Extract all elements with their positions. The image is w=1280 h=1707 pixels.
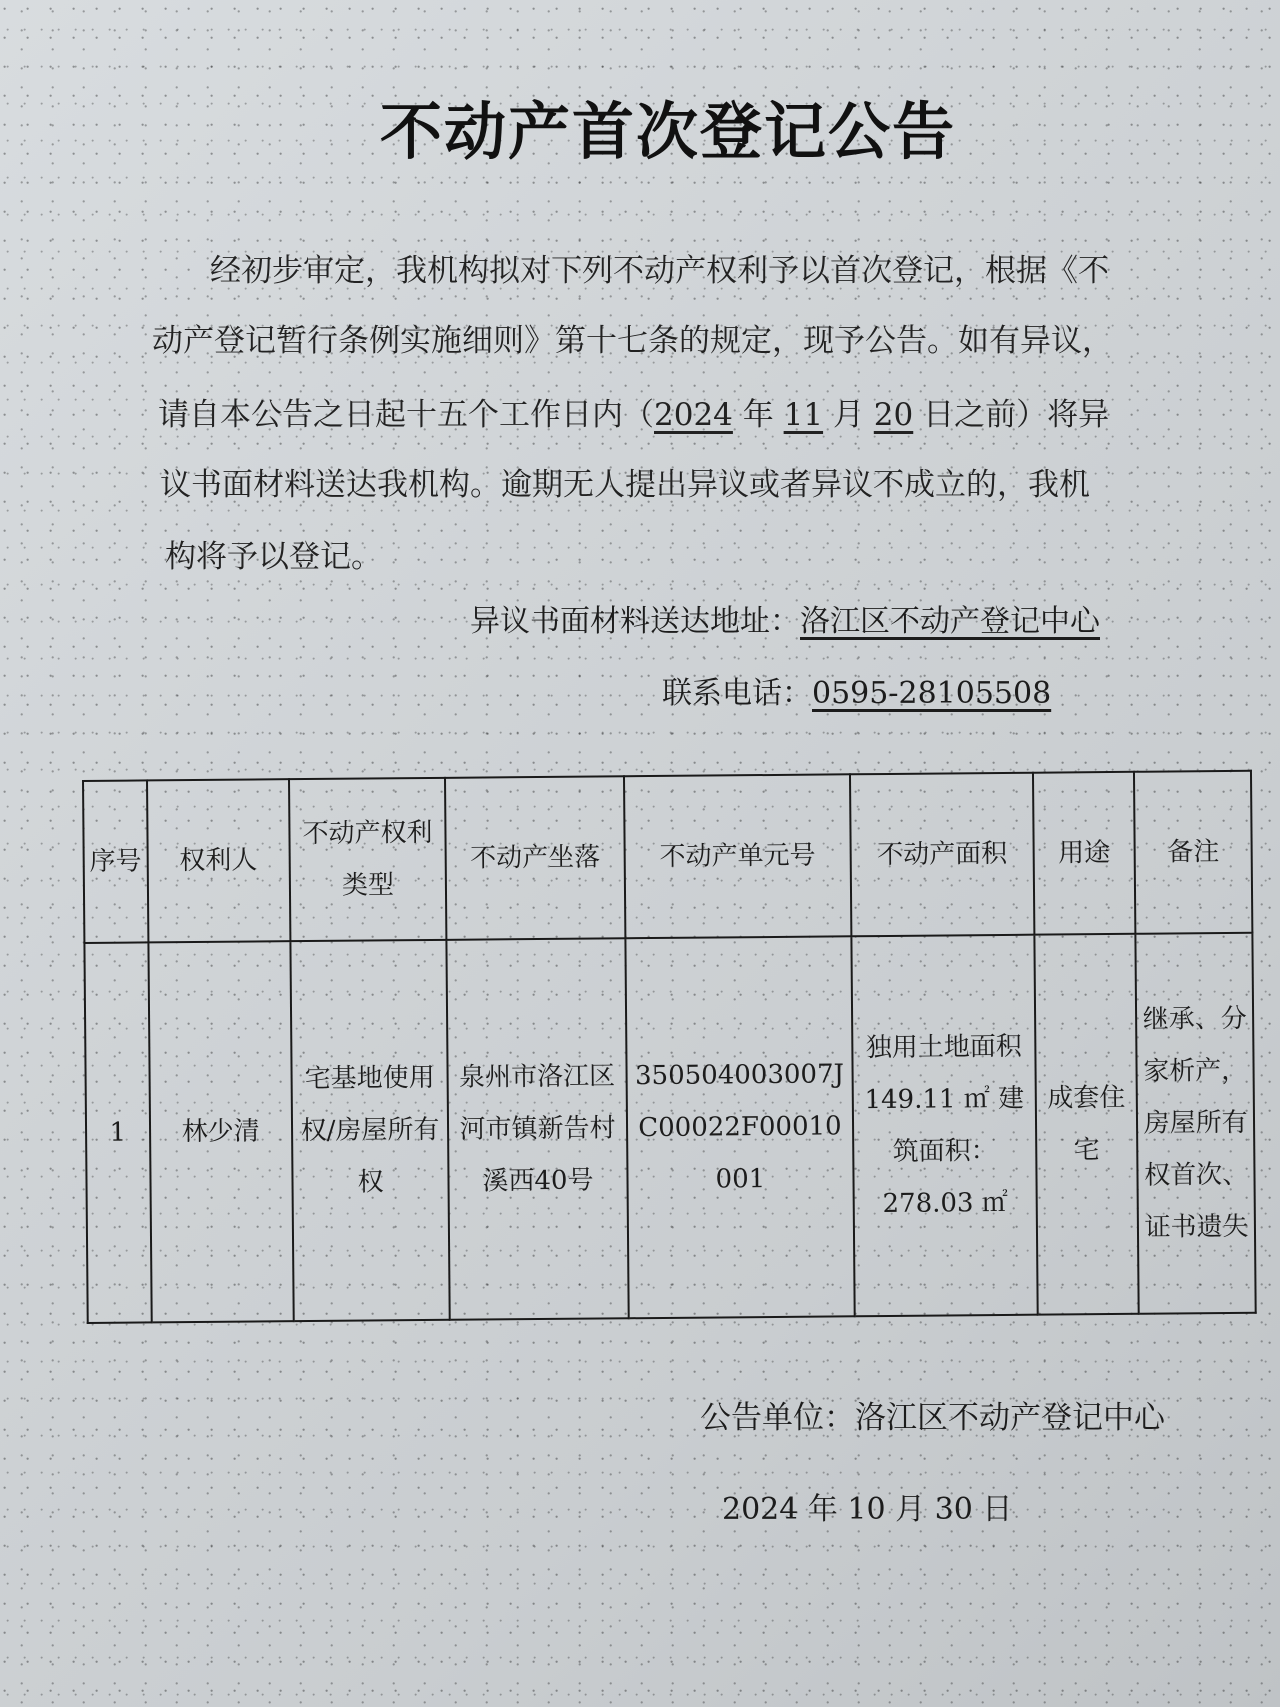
body-line-3: 请自本公告之日起十五个工作日内（2024 年 11 月 20 日之前）将异 [158, 380, 1109, 450]
cell-remark: 继承、分家析产，房屋所有权首次、证书遗失 [1136, 933, 1256, 1314]
phone-value: 0595-28105508 [812, 676, 1051, 711]
address-value: 洛江区不动产登记中心 [800, 604, 1100, 639]
header-index: 序号 [83, 780, 148, 943]
header-remark: 备注 [1134, 771, 1252, 934]
cell-area: 独用土地面积 149.11 ㎡ 建筑面积：278.03 ㎡ [852, 935, 1038, 1317]
header-owner: 权利人 [147, 779, 290, 942]
header-location: 不动产坐落 [445, 776, 624, 940]
objection-address: 异议书面材料送达地址：洛江区不动产登记中心 [470, 596, 1100, 640]
contact-phone: 联系电话：0595-28105508 [662, 668, 1051, 712]
deadline-month-label: 月 [833, 397, 864, 433]
body-line-3-text: 请自本公告之日起十五个工作日内（ [158, 397, 654, 433]
cell-unit-no: 350504003007JC00022F00010001 [625, 936, 855, 1318]
deadline-year: 2024 [654, 397, 733, 433]
body-line-5: 构将予以登记。 [165, 522, 382, 592]
table-row: 1 林少清 宅基地使用权/房屋所有权 泉州市洛江区河市镇新告村溪西40号 350… [84, 933, 1255, 1323]
cell-location: 泉州市洛江区河市镇新告村溪西40号 [447, 938, 628, 1320]
deadline-day-suffix: 日之前）将异 [923, 397, 1109, 433]
table-header-row: 序号 权利人 不动产权利类型 不动产坐落 不动产单元号 不动产面积 用途 备注 [83, 771, 1252, 943]
body-line-1: 经初步审定，我机构拟对下列不动产权利予以首次登记，根据《不 [210, 236, 1109, 306]
registration-table: 序号 权利人 不动产权利类型 不动产坐落 不动产单元号 不动产面积 用途 备注 … [82, 770, 1257, 1324]
body-line-4: 议书面材料送达我机构。逾期无人提出异议或者异议不成立的，我机 [160, 450, 1090, 520]
deadline-year-label: 年 [743, 397, 774, 433]
document-title: 不动产首次登记公告 [380, 82, 956, 171]
issuer: 公告单位：洛江区不动产登记中心 [700, 1392, 1165, 1437]
deadline-day: 20 [874, 397, 913, 433]
cell-use: 成套住宅 [1034, 934, 1139, 1315]
issue-date: 2024 年 10 月 30 日 [722, 1484, 1012, 1528]
header-area: 不动产面积 [850, 773, 1034, 937]
cell-index: 1 [84, 942, 151, 1323]
phone-label: 联系电话： [662, 676, 812, 711]
cell-right-type: 宅基地使用权/房屋所有权 [290, 940, 450, 1321]
address-label: 异议书面材料送达地址： [470, 604, 800, 639]
body-line-2: 动产登记暂行条例实施细则》第十七条的规定，现予公告。如有异议， [152, 306, 1113, 376]
header-right-type: 不动产权利类型 [289, 778, 447, 941]
cell-owner: 林少清 [148, 941, 293, 1322]
header-use: 用途 [1033, 772, 1136, 935]
header-unit-no: 不动产单元号 [623, 774, 851, 938]
deadline-month: 11 [784, 397, 823, 433]
